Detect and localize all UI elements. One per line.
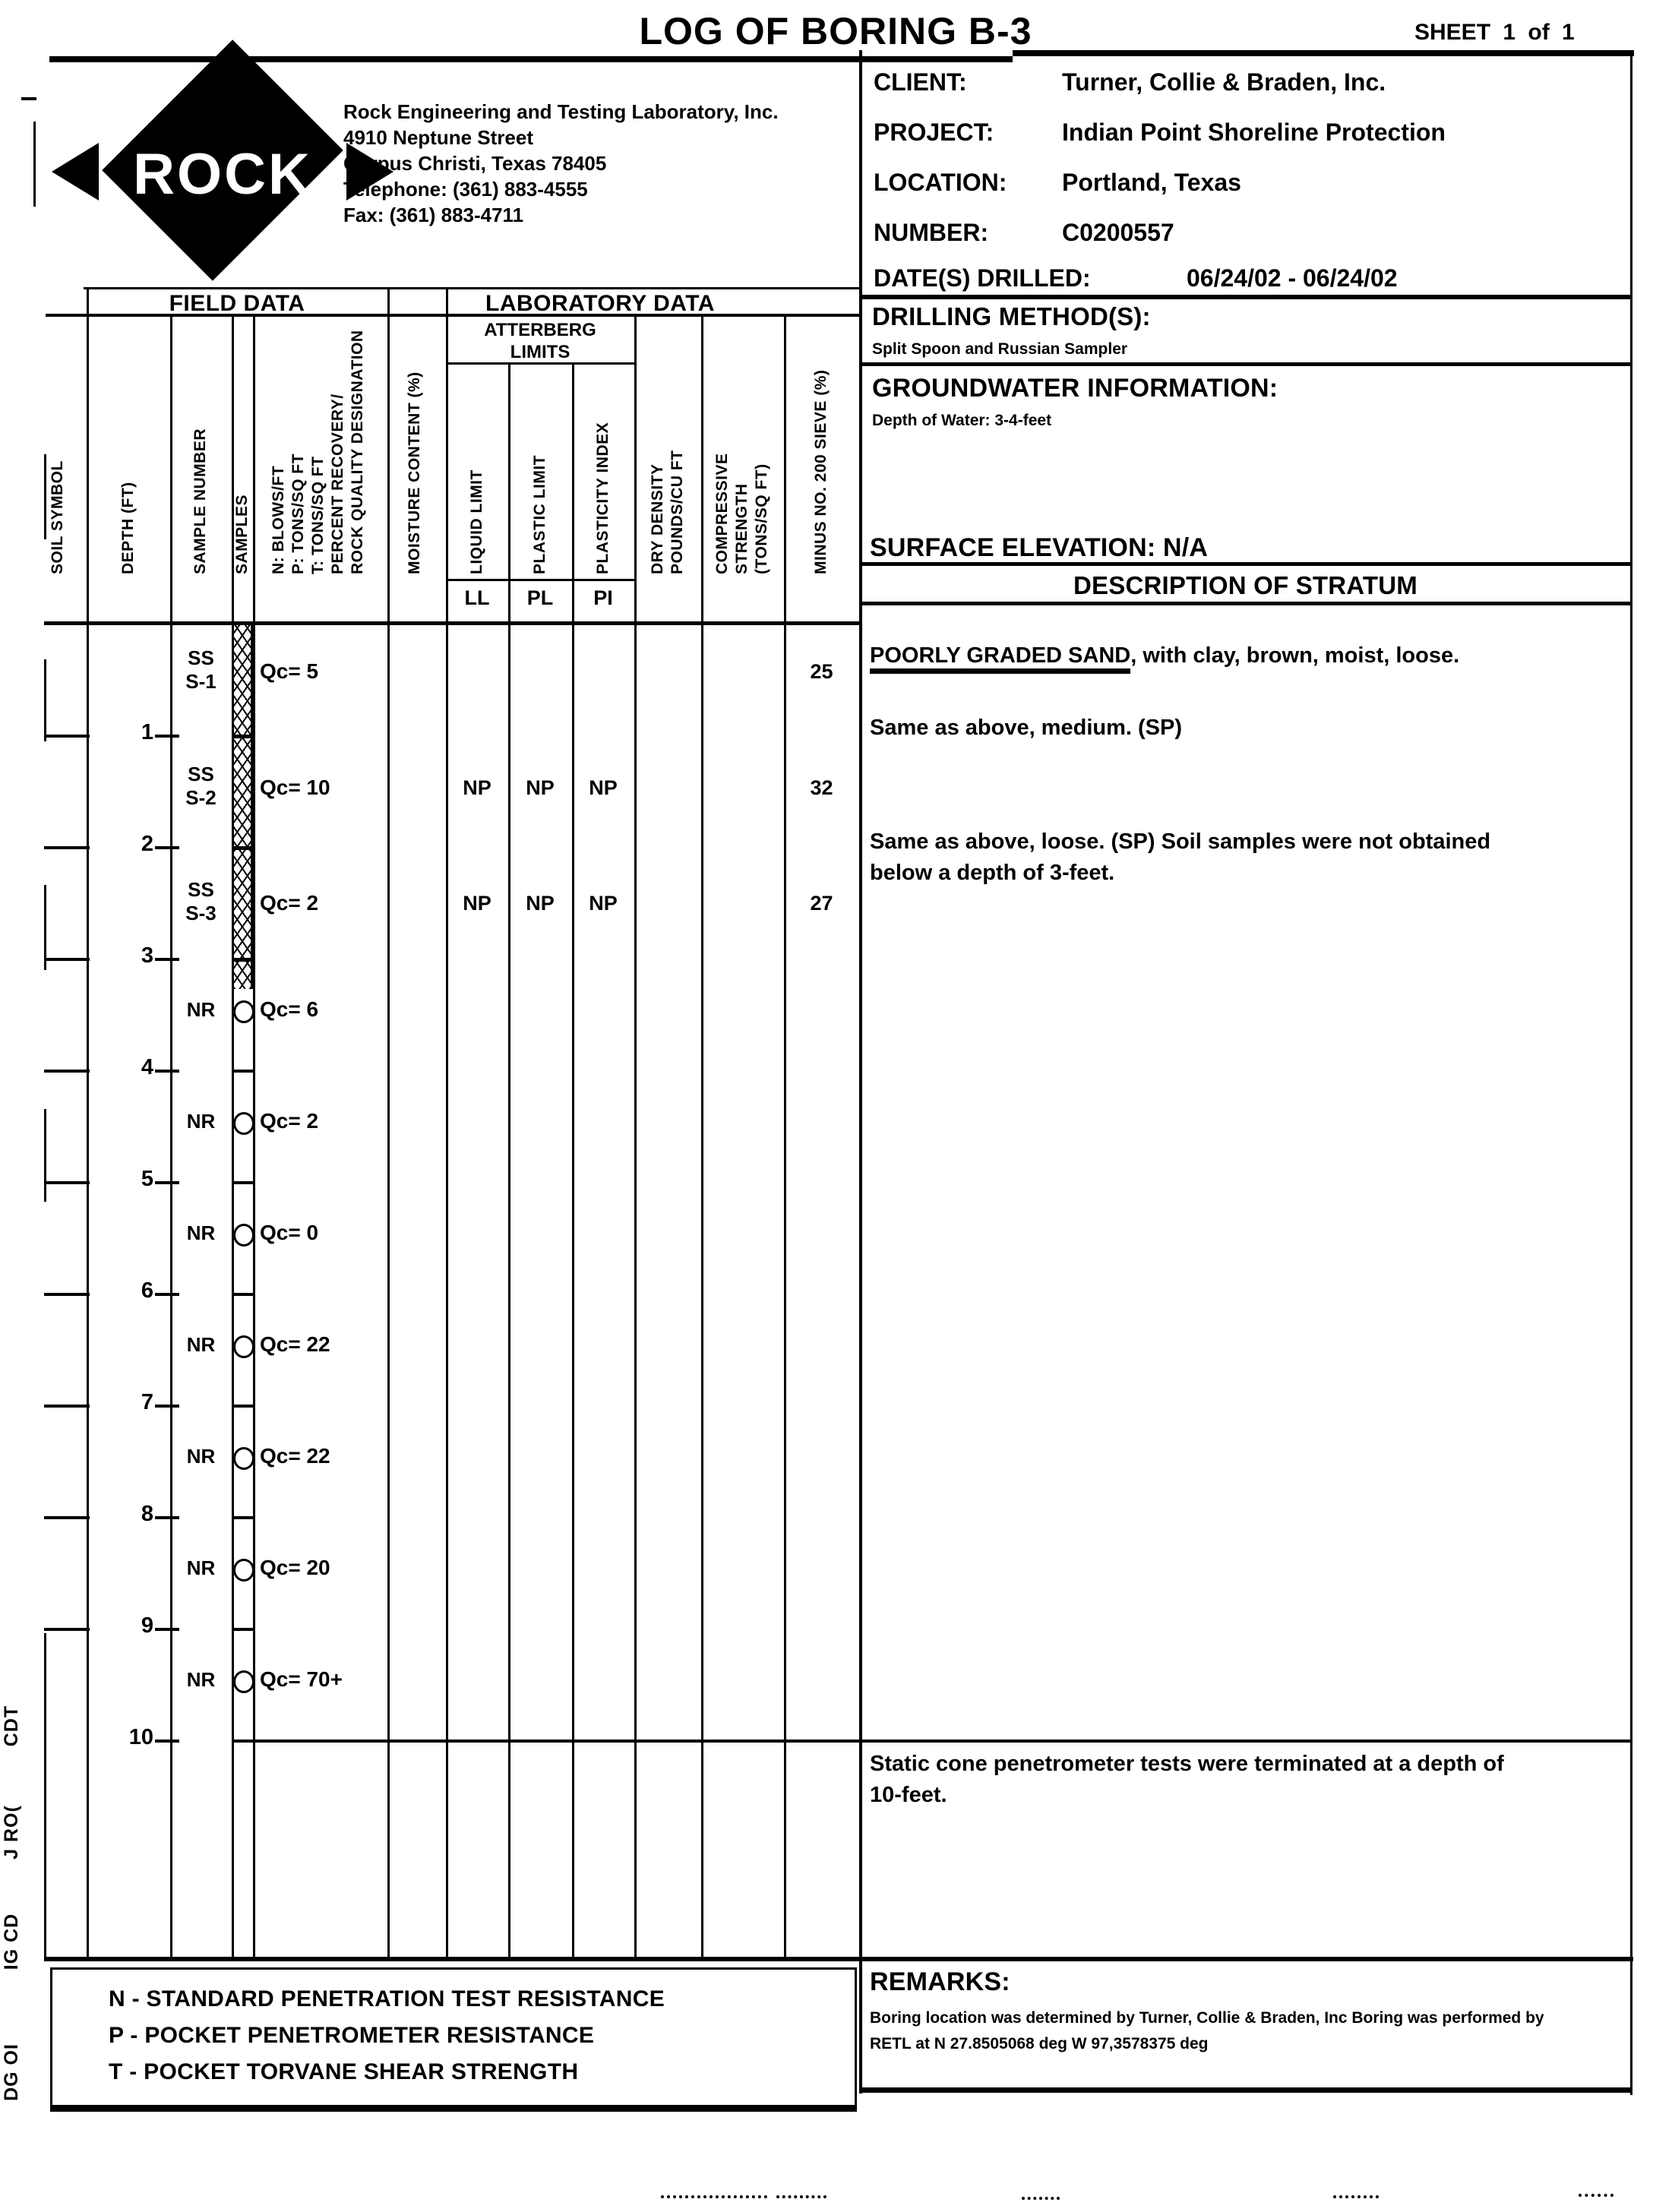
cone-resistance-cell: Qc= 22 (260, 1332, 389, 1357)
table-bottom-rule (44, 1957, 1633, 1961)
sampler-column-tick (232, 1293, 253, 1296)
pl-label: PL (508, 586, 572, 610)
left-border-fragment (44, 659, 46, 741)
sample-number-cell: NR (170, 998, 232, 1022)
depth-mark-label: 8 (91, 1502, 153, 1527)
location-value: Portland, Texas (1062, 169, 1241, 197)
margin-fragment: IG CD (1, 1900, 28, 1983)
surface-elevation: SURFACE ELEVATION: N/A (870, 533, 1208, 563)
cone-resistance-cell: Qc= 0 (260, 1221, 389, 1245)
scan-artifact-tick (21, 97, 36, 100)
col-header-blows-recovery: N: BLOWS/FT P: TONS/SQ FT T: TONS/SQ FT … (269, 318, 368, 574)
table-band-top (84, 287, 860, 289)
dates-drilled-value: 06/24/02 - 06/24/02 (1187, 264, 1398, 292)
depth-mark-label: 5 (91, 1167, 153, 1192)
depth-mark-tick (155, 958, 179, 961)
section-rule (861, 295, 1632, 299)
scan-artifact-dots (1022, 2197, 1060, 2200)
grid-line (701, 314, 703, 1957)
legend-p: P - POCKET PENETROMETER RESISTANCE (109, 2023, 594, 2049)
scan-artifact-dots (776, 2195, 826, 2198)
depth-mark-tick (155, 1293, 179, 1296)
sample-number-cell: NR (170, 1556, 232, 1580)
grid-line (446, 287, 448, 1957)
sample-number-cell: NR (170, 1668, 232, 1692)
depth-mark-dash (44, 846, 90, 849)
margin-fragment: DG OI (1, 2030, 28, 2114)
scan-artifact-dots (1579, 2194, 1613, 2197)
col-header-plasticity-index: PLASTICITY INDEX (593, 380, 613, 574)
col-header-moisture: MOISTURE CONTENT (%) (405, 318, 425, 574)
project-label: PROJECT: (874, 118, 994, 147)
no-recovery-sampler-icon (233, 1670, 254, 1693)
logo-text: ROCK (74, 141, 371, 207)
cone-resistance-cell: Qc= 2 (260, 891, 389, 915)
client-label: CLIENT: (874, 68, 967, 96)
depth-mark-tick (155, 1516, 179, 1519)
drilling-method-detail: Split Spoon and Russian Sampler (872, 340, 1127, 359)
sieve-cell: 27 (784, 892, 859, 915)
depth-mark-dash (44, 1181, 90, 1184)
depth-mark-dash (44, 1405, 90, 1408)
depth-mark-label: 2 (91, 832, 153, 857)
stratum-note-1-lead: POORLY GRADED SAND (870, 643, 1130, 674)
cone-resistance-cell: Qc= 70+ (260, 1667, 389, 1692)
depth-10-rule (232, 1740, 1632, 1743)
col-header-sieve: MINUS NO. 200 SIEVE (%) (811, 318, 831, 574)
depth-mark-dash (44, 958, 90, 961)
termination-note: Static cone penetrometer tests were term… (870, 1749, 1629, 1811)
depth-mark-tick (155, 1181, 179, 1184)
left-border-fragment (44, 454, 46, 539)
dates-drilled-label: DATE(S) DRILLED: (874, 264, 1091, 292)
legend-n: N - STANDARD PENETRATION TEST RESISTANCE (109, 1986, 665, 2012)
margin-fragment: J RO( (1, 1790, 28, 1874)
margin-fragment: CDT (1, 1684, 28, 1768)
stratum-note-2: Same as above, medium. (SP) (870, 713, 1622, 744)
col-header-samples: SAMPLES (232, 318, 252, 574)
cone-resistance-cell: Qc= 20 (260, 1556, 389, 1580)
col-header-dry-density: DRY DENSITY POUNDS/CU FT (648, 318, 687, 574)
depth-mark-label: 6 (91, 1278, 153, 1303)
remarks-heading: REMARKS: (870, 1967, 1010, 1997)
company-address-block: Rock Engineering and Testing Laboratory,… (343, 99, 779, 228)
left-border-fragment (44, 1633, 46, 1958)
sampler-bar-divider (232, 958, 253, 962)
cone-resistance-cell: Qc= 5 (260, 659, 389, 684)
plasticity-index-cell: NP (572, 892, 634, 915)
number-value: C0200557 (1062, 219, 1174, 247)
grid-line (232, 314, 234, 1957)
left-border-fragment (44, 1109, 46, 1202)
sample-number-cell: NR (170, 1333, 232, 1357)
scan-artifact-dots (1333, 2195, 1379, 2198)
groundwater-heading: GROUNDWATER INFORMATION: (872, 374, 1278, 403)
depth-mark-dash (44, 735, 90, 738)
client-value: Turner, Collie & Braden, Inc. (1062, 68, 1386, 96)
company-logo: ROCK (46, 68, 365, 281)
atterberg-rule (446, 362, 634, 365)
legend-box: N - STANDARD PENETRATION TEST RESISTANCE… (50, 1967, 857, 2112)
depth-mark-dash (44, 1293, 90, 1296)
sample-number-cell: SS S-1 (170, 646, 232, 694)
plastic-limit-cell: NP (508, 892, 572, 915)
depth-mark-dash (44, 1070, 90, 1073)
page-right-border (1630, 50, 1632, 2095)
panel-divider-line (859, 50, 862, 2093)
depth-mark-label: 4 (91, 1055, 153, 1080)
company-name: Rock Engineering and Testing Laboratory,… (343, 99, 779, 125)
col-header-sample-number: SAMPLE NUMBER (191, 318, 210, 574)
location-label: LOCATION: (874, 169, 1007, 197)
llplpi-rule (446, 579, 634, 581)
drilling-method-heading: DRILLING METHOD(S): (872, 302, 1151, 331)
company-fax: Fax: (361) 883-4711 (343, 202, 779, 228)
grid-line (508, 365, 510, 1957)
no-recovery-sampler-icon (233, 1224, 254, 1247)
section-rule (861, 362, 1632, 366)
no-recovery-sampler-icon (233, 1335, 254, 1358)
cone-resistance-cell: Qc= 6 (260, 997, 389, 1022)
sample-number-cell: NR (170, 1221, 232, 1245)
sampler-column-tick (232, 1628, 253, 1631)
col-header-compressive: COMPRESSIVE STRENGTH (TONS/SQ FT) (713, 318, 772, 574)
sample-number-cell: SS S-3 (170, 878, 232, 925)
sampler-column-tick (232, 1070, 253, 1073)
sample-number-cell: SS S-2 (170, 763, 232, 810)
col-header-plastic-limit: PLASTIC LIMIT (530, 380, 550, 574)
stratum-heading: DESCRIPTION OF STRATUM (861, 571, 1630, 600)
stratum-note-3: Same as above, loose. (SP) Soil samples … (870, 826, 1629, 889)
laboratory-data-heading: LABORATORY DATA (387, 291, 813, 317)
remarks-line-1: Boring location was determined by Turner… (870, 2009, 1544, 2027)
project-value: Indian Point Shoreline Protection (1062, 118, 1446, 147)
depth-mark-dash (44, 1628, 90, 1631)
remarks-bottom-rule (861, 2087, 1632, 2093)
plastic-limit-cell: NP (508, 776, 572, 800)
depth-mark-tick (155, 1405, 179, 1408)
col-header-depth: DEPTH (FT) (119, 318, 138, 574)
col-header-soil-symbol: SOIL SYMBOL (48, 318, 68, 574)
depth-mark-tick (155, 1628, 179, 1631)
depth-mark-label: 9 (91, 1613, 153, 1638)
sample-number-cell: NR (170, 1110, 232, 1133)
stratum-note-1-rest: , with clay, brown, moist, loose. (1130, 643, 1459, 668)
scan-artifact-line (33, 122, 36, 207)
no-recovery-sampler-icon (233, 1559, 254, 1582)
section-rule (861, 602, 1632, 605)
no-recovery-sampler-icon (233, 1112, 254, 1135)
cone-resistance-cell: Qc= 10 (260, 776, 389, 800)
depth-mark-tick (155, 735, 179, 738)
liquid-limit-cell: NP (446, 892, 508, 915)
remarks-line-2: RETL at N 27.8505068 deg W 97,3578375 de… (870, 2035, 1209, 2053)
sampler-column-tick (232, 1516, 253, 1519)
grid-line (170, 314, 172, 1957)
atterberg-limits-heading: ATTERBERG LIMITS (446, 319, 634, 363)
split-spoon-sampler-bar (232, 623, 253, 989)
sieve-cell: 32 (784, 776, 859, 800)
company-city: Corpus Christi, Texas 78405 (343, 150, 779, 176)
page-title: LOG OF BORING B-3 (494, 9, 1177, 53)
number-label: NUMBER: (874, 219, 988, 247)
grid-line (572, 365, 574, 1957)
top-rule-right (1013, 50, 1634, 56)
liquid-limit-cell: NP (446, 776, 508, 800)
sheet-number: SHEET 1 of 1 (1414, 20, 1575, 46)
sieve-cell: 25 (784, 660, 859, 684)
no-recovery-sampler-icon (233, 1000, 254, 1023)
top-rule-left (49, 56, 1013, 62)
legend-t: T - POCKET TORVANE SHEAR STRENGTH (109, 2059, 578, 2085)
depth-mark-tick (155, 1740, 179, 1743)
grid-line (784, 314, 786, 1957)
company-street: 4910 Neptune Street (343, 125, 779, 150)
plasticity-index-cell: NP (572, 776, 634, 800)
depth-mark-dash (44, 1516, 90, 1519)
company-telephone: Telephone: (361) 883-4555 (343, 176, 779, 202)
sampler-column-tick (232, 1181, 253, 1184)
stratum-note-1: POORLY GRADED SAND, with clay, brown, mo… (870, 609, 1622, 671)
depth-mark-label: 10 (91, 1725, 153, 1750)
scan-artifact-dots (661, 2195, 767, 2198)
sampler-column-tick (232, 1405, 253, 1408)
depth-mark-label: 7 (91, 1390, 153, 1415)
cone-resistance-cell: Qc= 22 (260, 1444, 389, 1468)
pi-label: PI (572, 586, 634, 610)
grid-line (87, 287, 89, 1957)
sampler-bar-divider (232, 735, 253, 738)
grid-line (253, 314, 255, 1957)
depth-mark-label: 1 (91, 720, 153, 745)
depth-mark-tick (155, 846, 179, 849)
grid-line (634, 314, 637, 1957)
sample-number-cell: NR (170, 1445, 232, 1468)
field-data-heading: FIELD DATA (87, 291, 387, 317)
sampler-bar-divider (232, 846, 253, 850)
table-header-bottom-rule (44, 621, 860, 625)
col-header-liquid-limit: LIQUID LIMIT (467, 380, 487, 574)
groundwater-detail: Depth of Water: 3-4-feet (872, 412, 1051, 430)
depth-mark-tick (155, 1070, 179, 1073)
no-recovery-sampler-icon (233, 1447, 254, 1470)
section-rule (861, 562, 1632, 566)
ll-label: LL (446, 586, 508, 610)
depth-mark-label: 3 (91, 943, 153, 969)
cone-resistance-cell: Qc= 2 (260, 1109, 389, 1133)
